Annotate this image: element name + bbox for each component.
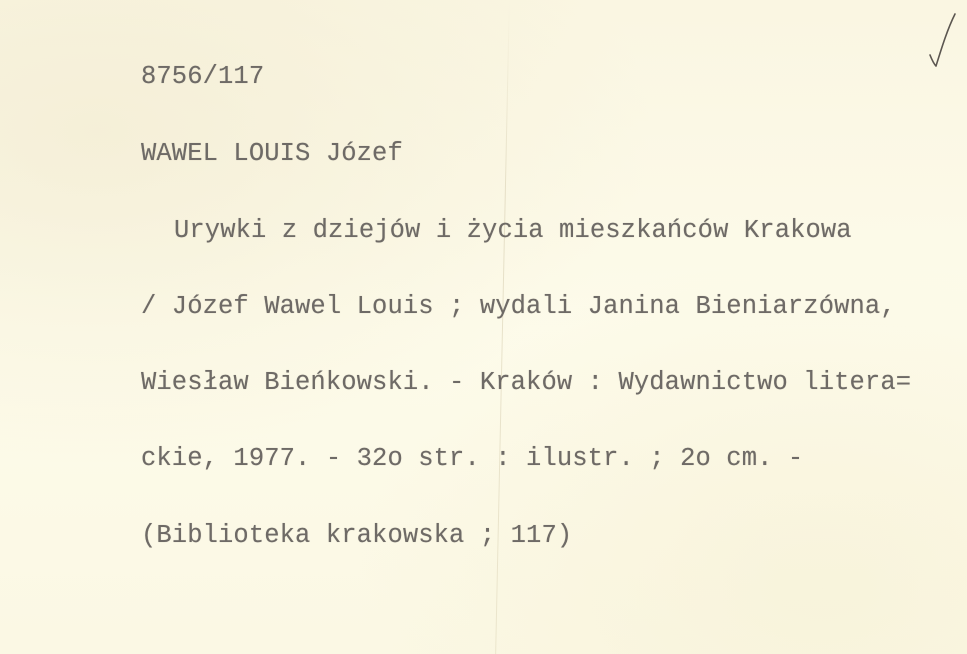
title-line: Urywki z dziejów i życia mieszkańców Kra… [141,218,911,243]
responsibility-line: / Józef Wawel Louis ; wydali Janina Bien… [141,294,911,319]
catalog-card: 8756/117 WAWEL LOUIS Józef Urywki z dzie… [0,0,967,654]
checkmark-icon [925,10,965,70]
series-line: (Biblioteka krakowska ; 117) [141,523,911,548]
bibliographic-description: Urywki z dziejów i życia mieszkańców Kra… [141,167,911,599]
call-number: 8756/117 [141,64,264,89]
author-heading: WAWEL LOUIS Józef [141,141,403,166]
publication-line: Wiesław Bieńkowski. - Kraków : Wydawnict… [141,370,911,395]
physical-description-line: ckie, 1977. - 32o str. : ilustr. ; 2o cm… [141,446,911,471]
